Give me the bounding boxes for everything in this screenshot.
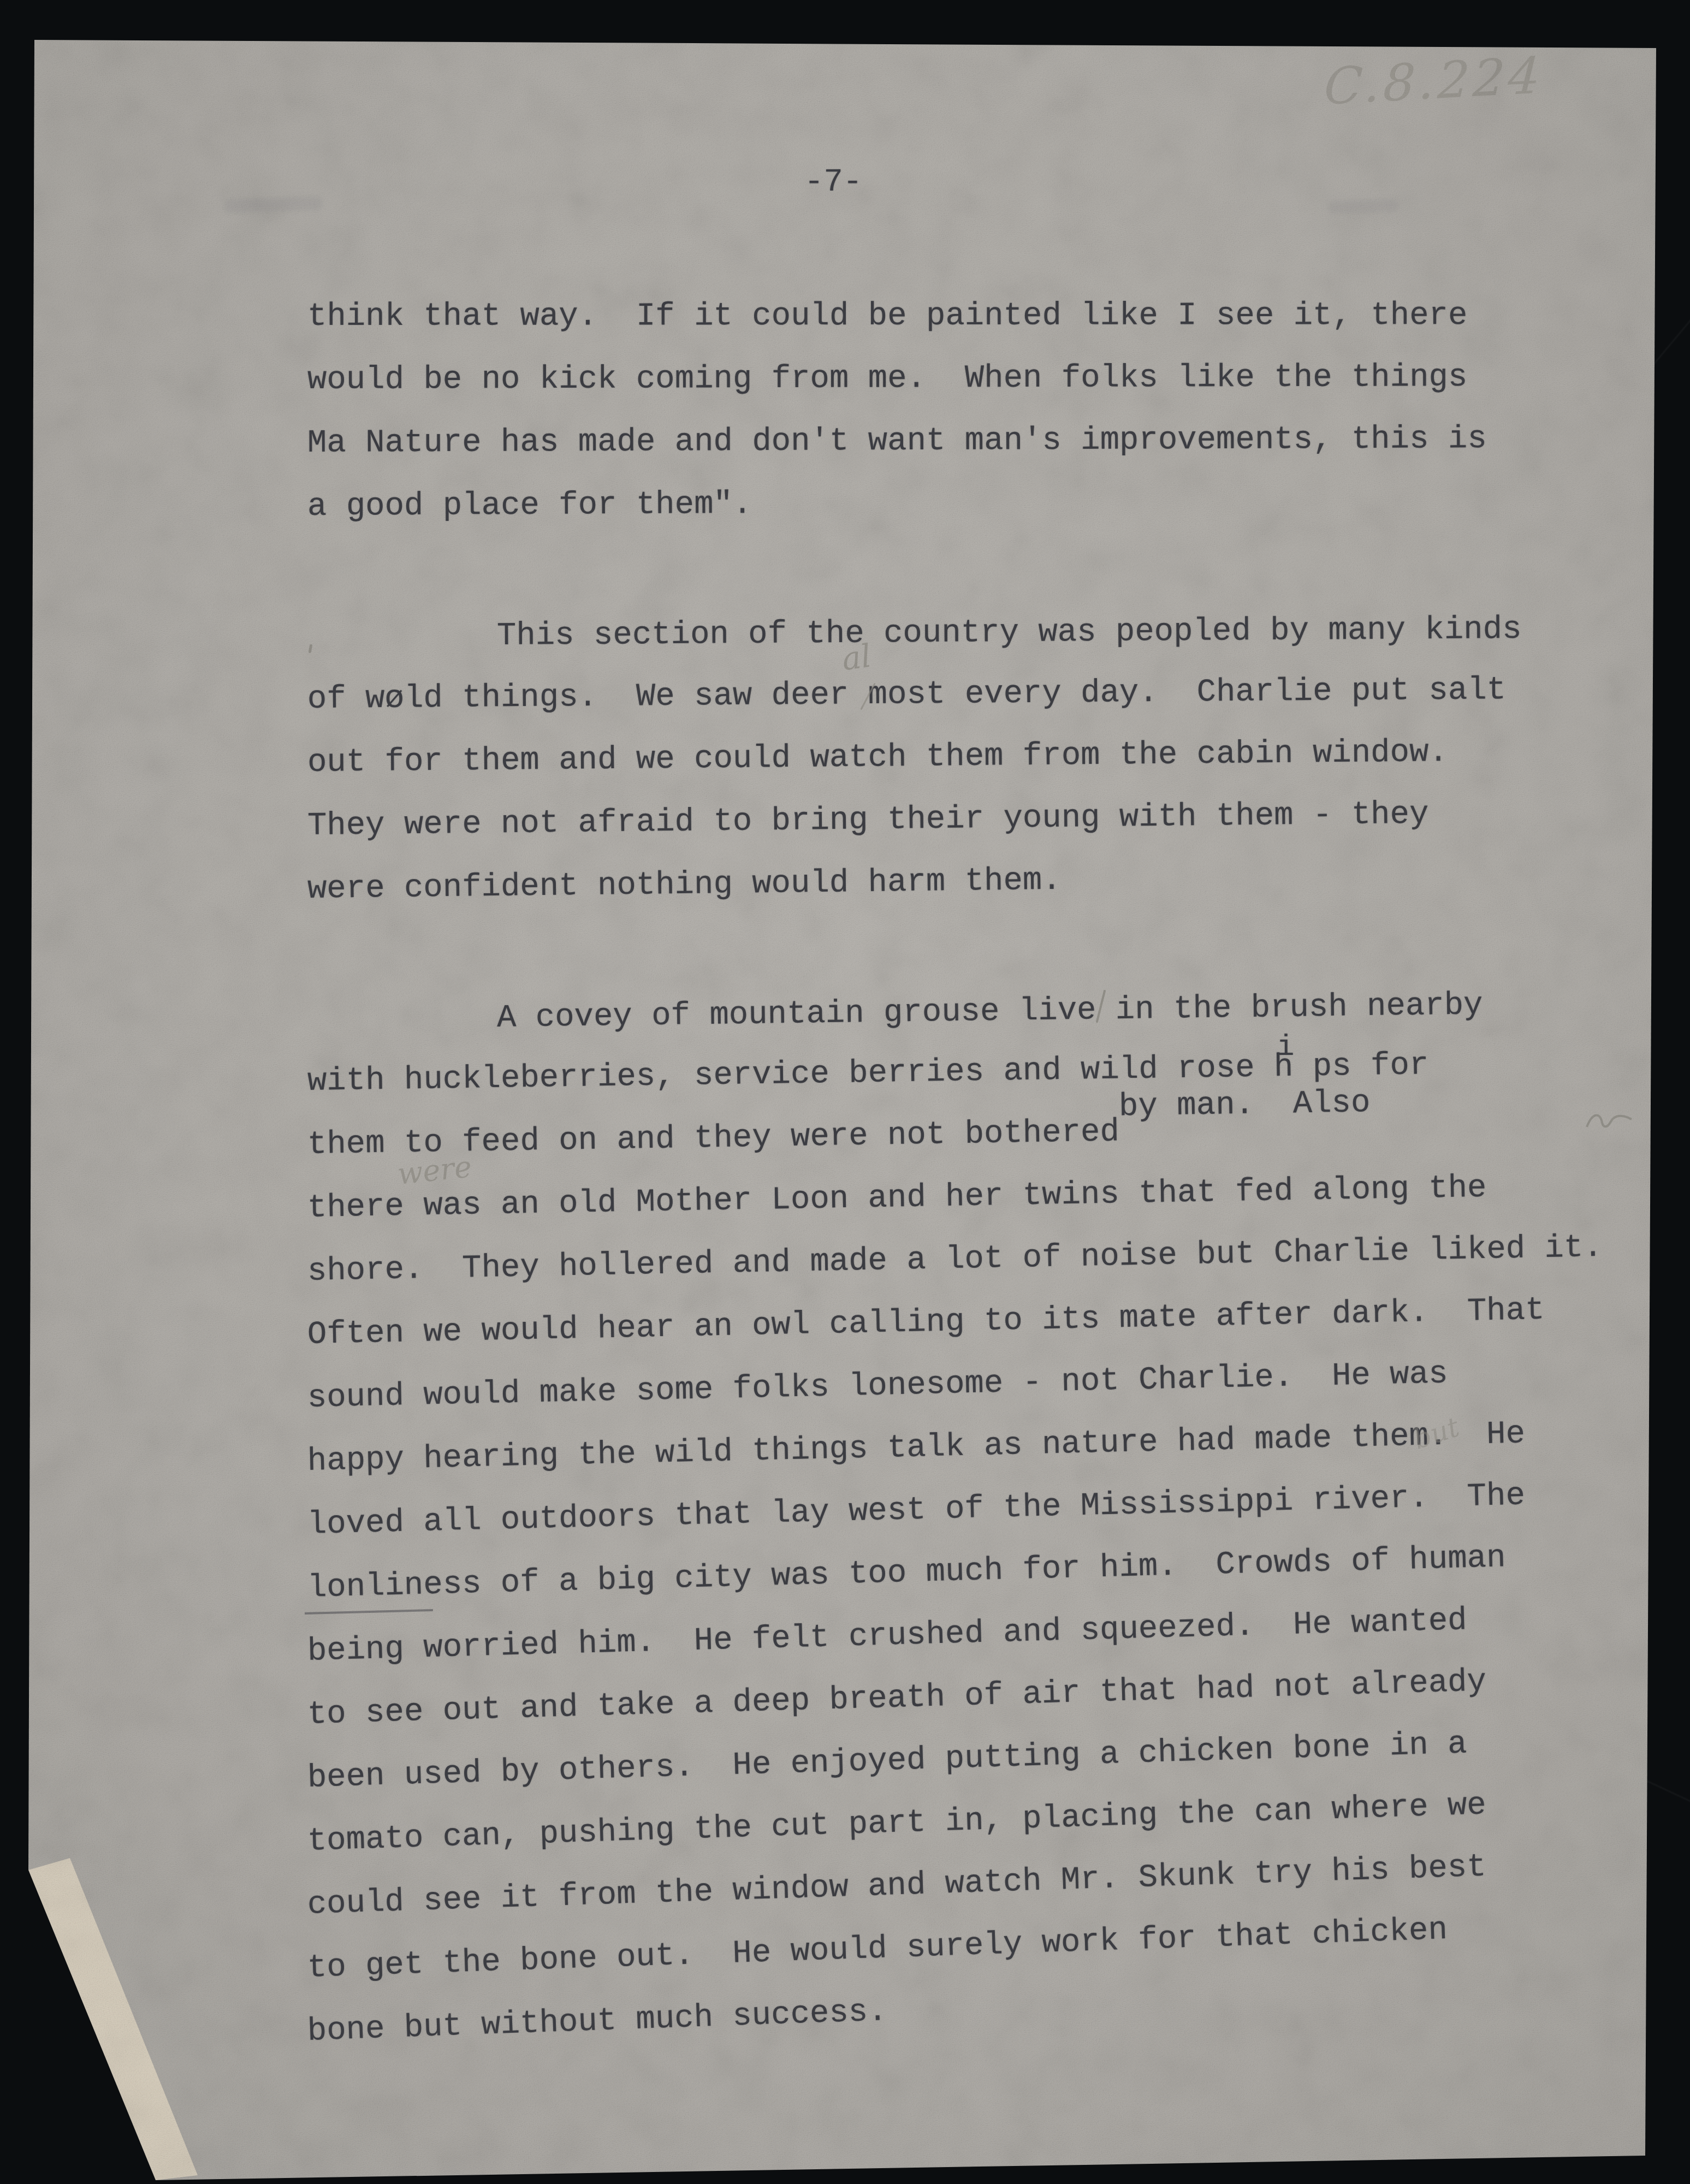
typed-line: A covey of mountain grouse live in the b… (497, 986, 1483, 1037)
typed-line: sound would make some folks lonesome - n… (307, 1355, 1448, 1417)
typed-line: to get the bone out. He would surely wor… (307, 1911, 1448, 1987)
pencil-underline-mark (305, 1609, 433, 1615)
typed-line: could see it from the window and watch M… (307, 1848, 1487, 1924)
typed-line: were confident nothing would harm them. (307, 862, 1062, 909)
scan-smudge (224, 196, 323, 213)
typed-line: lonliness of a big city was too much for… (307, 1539, 1506, 1607)
typed-line: happy hearing the wild things talk as na… (307, 1415, 1526, 1481)
handwritten-insert-al: al (840, 637, 874, 678)
scan-smudge (1328, 199, 1400, 215)
typed-line: They were not afraid to bring their youn… (307, 796, 1429, 845)
typed-line: out for them and we could watch them fro… (307, 733, 1449, 782)
handwritten-catalog-number: C.8.224 (1323, 46, 1545, 116)
typed-line: being worried him. He felt crushed and s… (307, 1601, 1467, 1671)
pencil-tick-mark (309, 644, 313, 654)
typed-raised-phrase: by man. Also (1119, 1084, 1371, 1125)
page-number: -7- (804, 164, 862, 200)
typed-line: of wøld things. We saw deer most every d… (307, 671, 1507, 719)
typed-line: Often we would hear an owl calling to it… (307, 1291, 1545, 1354)
typed-line: This section of the country was peopled … (497, 610, 1522, 655)
typed-line: think that way. If it could be painted l… (307, 296, 1467, 336)
typed-line: loved all outdoors that lay west of the … (307, 1476, 1526, 1544)
typed-line: shore. They hollered and made a lot of n… (307, 1228, 1603, 1291)
typed-line: a good place for them". (307, 485, 752, 526)
scanner-background: -7- C.8.224 think that way. If it could … (0, 0, 1690, 2184)
typed-line: there was an old Mother Loon and her twi… (307, 1169, 1487, 1227)
typed-line: Ma Nature has made and don't want man's … (307, 420, 1487, 462)
typed-line: been used by others. He enjoyed putting … (307, 1725, 1467, 1797)
pencil-squiggle-mark (1584, 1103, 1638, 1141)
typed-line: bone but without much success. (307, 1992, 888, 2051)
typed-line: would be no kick coming from me. When fo… (307, 358, 1468, 399)
handwritten-insert-were: were (396, 1149, 473, 1191)
typed-line: tomato can, pushing the cut part in, pla… (307, 1786, 1487, 1861)
typed-line: to see out and take a deep breath of air… (307, 1663, 1487, 1734)
paper-sheet: -7- C.8.224 think that way. If it could … (0, 0, 1690, 2184)
typed-raised-i: i (1277, 1031, 1294, 1064)
